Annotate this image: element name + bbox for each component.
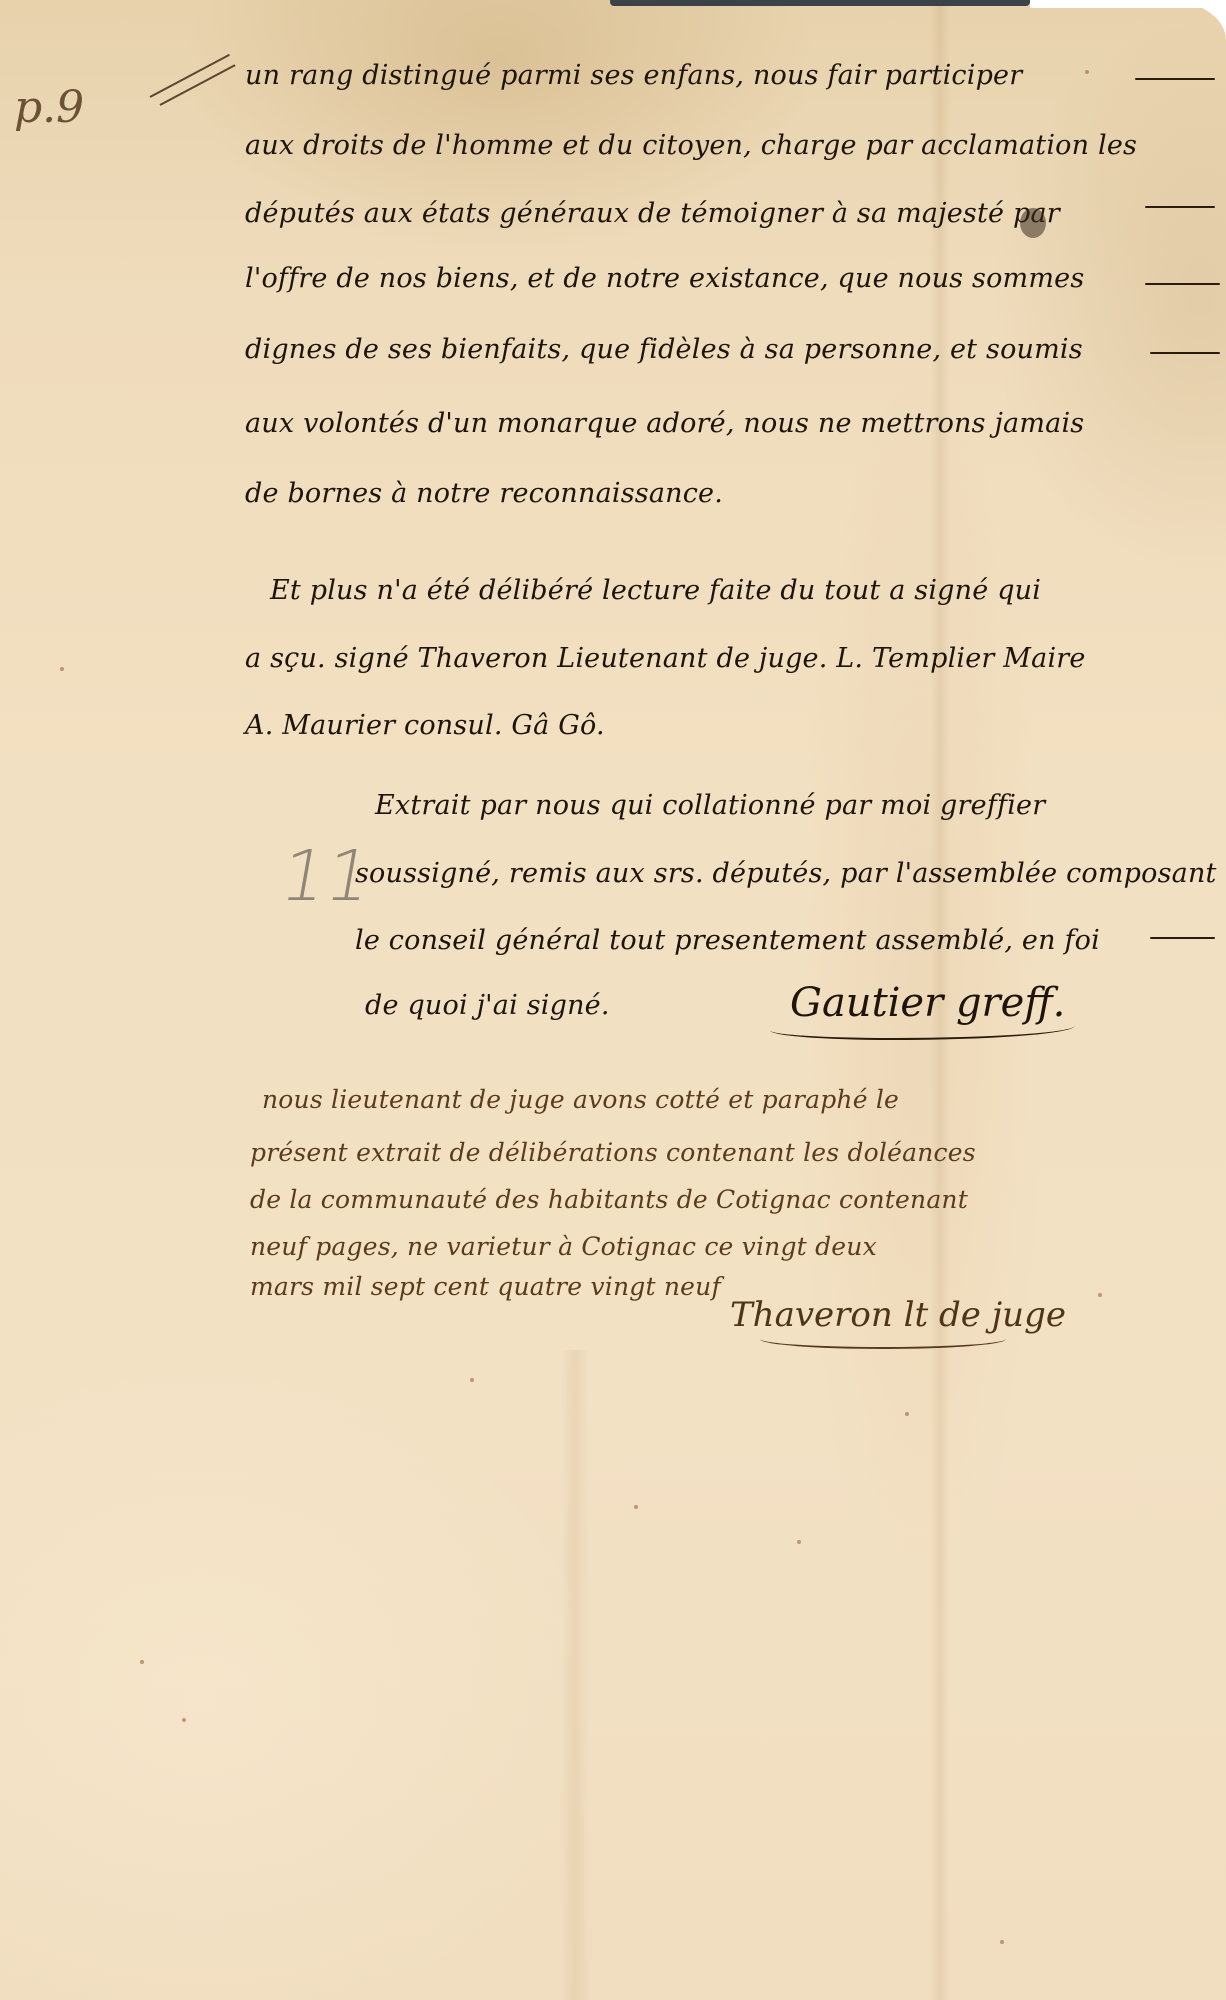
annotation-line: présent extrait de délibérations contena… <box>250 1138 976 1167</box>
annotation-line: de la communauté des habitants de Cotign… <box>250 1185 968 1214</box>
paper-speck <box>1098 1293 1102 1297</box>
text-line: A. Maurier consul. Gâ Gô. <box>245 710 605 741</box>
annotation-line: nous lieutenant de juge avons cotté et p… <box>262 1085 899 1114</box>
line-filler <box>1145 206 1215 208</box>
paper-speck <box>634 1505 638 1509</box>
paper-speck <box>140 1660 144 1664</box>
text-line: l'offre de nos biens, et de notre exista… <box>245 263 1084 294</box>
text-line: le conseil général tout presentement ass… <box>355 925 1100 956</box>
text-line: députés aux états généraux de témoigner … <box>245 198 1060 229</box>
clerk-signature: Gautier greff. <box>790 980 1065 1026</box>
line-filler <box>1145 283 1220 285</box>
text-line: dignes de ses bienfaits, que fidèles à s… <box>245 334 1083 365</box>
paper-speck <box>797 1540 801 1544</box>
annotation-line: mars mil sept cent quatre vingt neuf <box>250 1272 721 1301</box>
text-line: de quoi j'ai signé. <box>365 990 610 1021</box>
text-line: aux droits de l'homme et du citoyen, cha… <box>245 130 1137 161</box>
torn-edge <box>610 0 1030 6</box>
manuscript-page: p.9 un rang distingué parmi ses enfans, … <box>0 0 1226 2000</box>
page-marker: p.9 <box>14 82 84 133</box>
paper-speck <box>60 667 64 671</box>
signature-flourish <box>770 1016 1075 1040</box>
margin-slash <box>150 54 230 98</box>
ink-blot <box>1020 208 1046 238</box>
paper-fold <box>560 1350 590 2000</box>
text-line: de bornes à notre reconnaissance. <box>245 478 723 509</box>
paper-speck <box>182 1718 186 1722</box>
text-line: soussigné, remis aux srs. députés, par l… <box>355 858 1217 889</box>
line-filler <box>1135 78 1215 80</box>
text-line: Extrait par nous qui collationné par moi… <box>375 790 1045 821</box>
paper-speck <box>1000 1940 1004 1944</box>
line-filler <box>1150 352 1220 354</box>
paper-speck <box>1085 70 1089 74</box>
text-line: a sçu. signé Thaveron Lieutenant de juge… <box>245 643 1086 674</box>
text-line: Et plus n'a été délibéré lecture faite d… <box>270 575 1041 606</box>
torn-edge <box>1030 0 1226 8</box>
text-line: un rang distingué parmi ses enfans, nous… <box>245 60 1022 91</box>
text-line: aux volontés d'un monarque adoré, nous n… <box>245 408 1084 439</box>
annotation-line: neuf pages, ne varietur à Cotignac ce vi… <box>250 1232 877 1261</box>
paper-speck <box>905 1412 909 1416</box>
paper-speck <box>470 1378 474 1382</box>
lieutenant-signature: Thaveron lt de juge <box>730 1295 1066 1335</box>
signature-flourish <box>760 1329 1006 1349</box>
line-filler <box>1150 937 1215 939</box>
